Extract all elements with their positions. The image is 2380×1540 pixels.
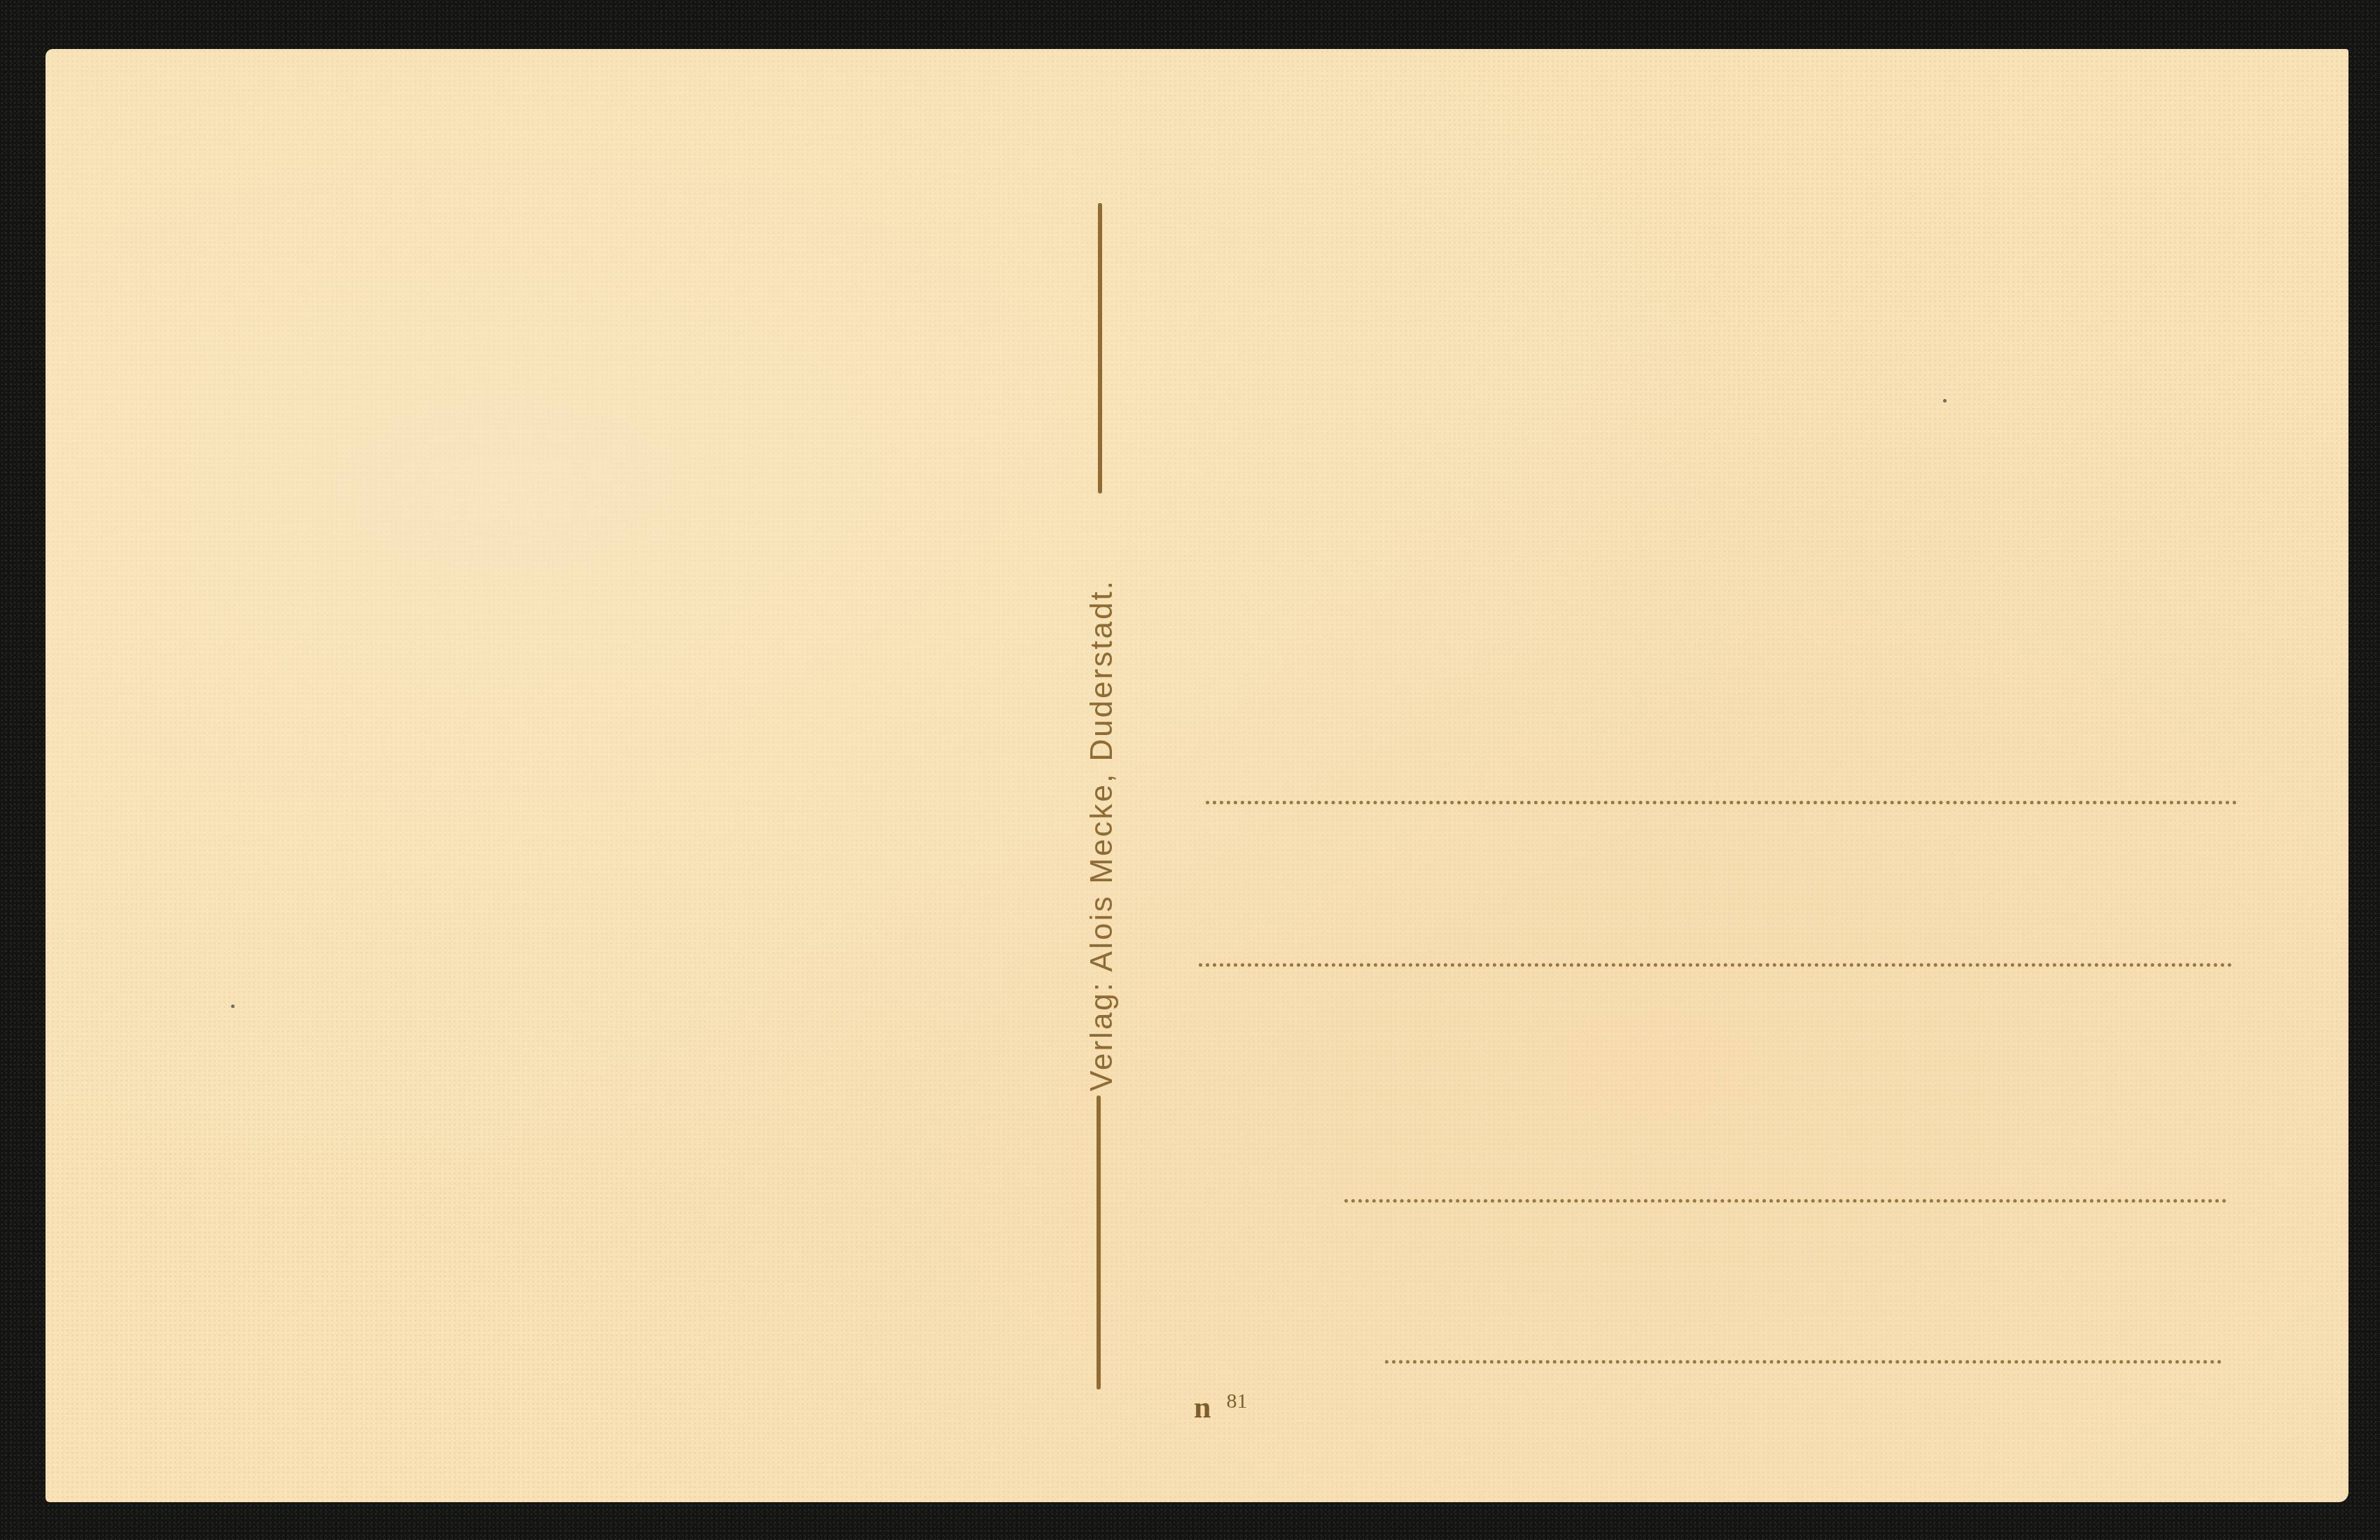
center-divider-bottom	[1097, 1095, 1101, 1389]
series-number: n81	[1194, 1389, 1247, 1425]
series-digits: 81	[1226, 1389, 1247, 1413]
paper-speck	[1943, 399, 1947, 402]
paper-speck	[231, 1004, 235, 1008]
series-letter: n	[1194, 1390, 1211, 1424]
address-line-3	[1344, 1199, 2227, 1203]
address-line-2	[1199, 963, 2232, 967]
postcard-back: Verlag: Alois Mecke, Duderstadt. n81	[46, 49, 2348, 1502]
center-divider-top	[1098, 203, 1102, 493]
publisher-imprint: Verlag: Alois Mecke, Duderstadt.	[1085, 552, 1120, 1119]
address-line-1	[1206, 801, 2237, 804]
address-line-4	[1385, 1360, 2222, 1364]
